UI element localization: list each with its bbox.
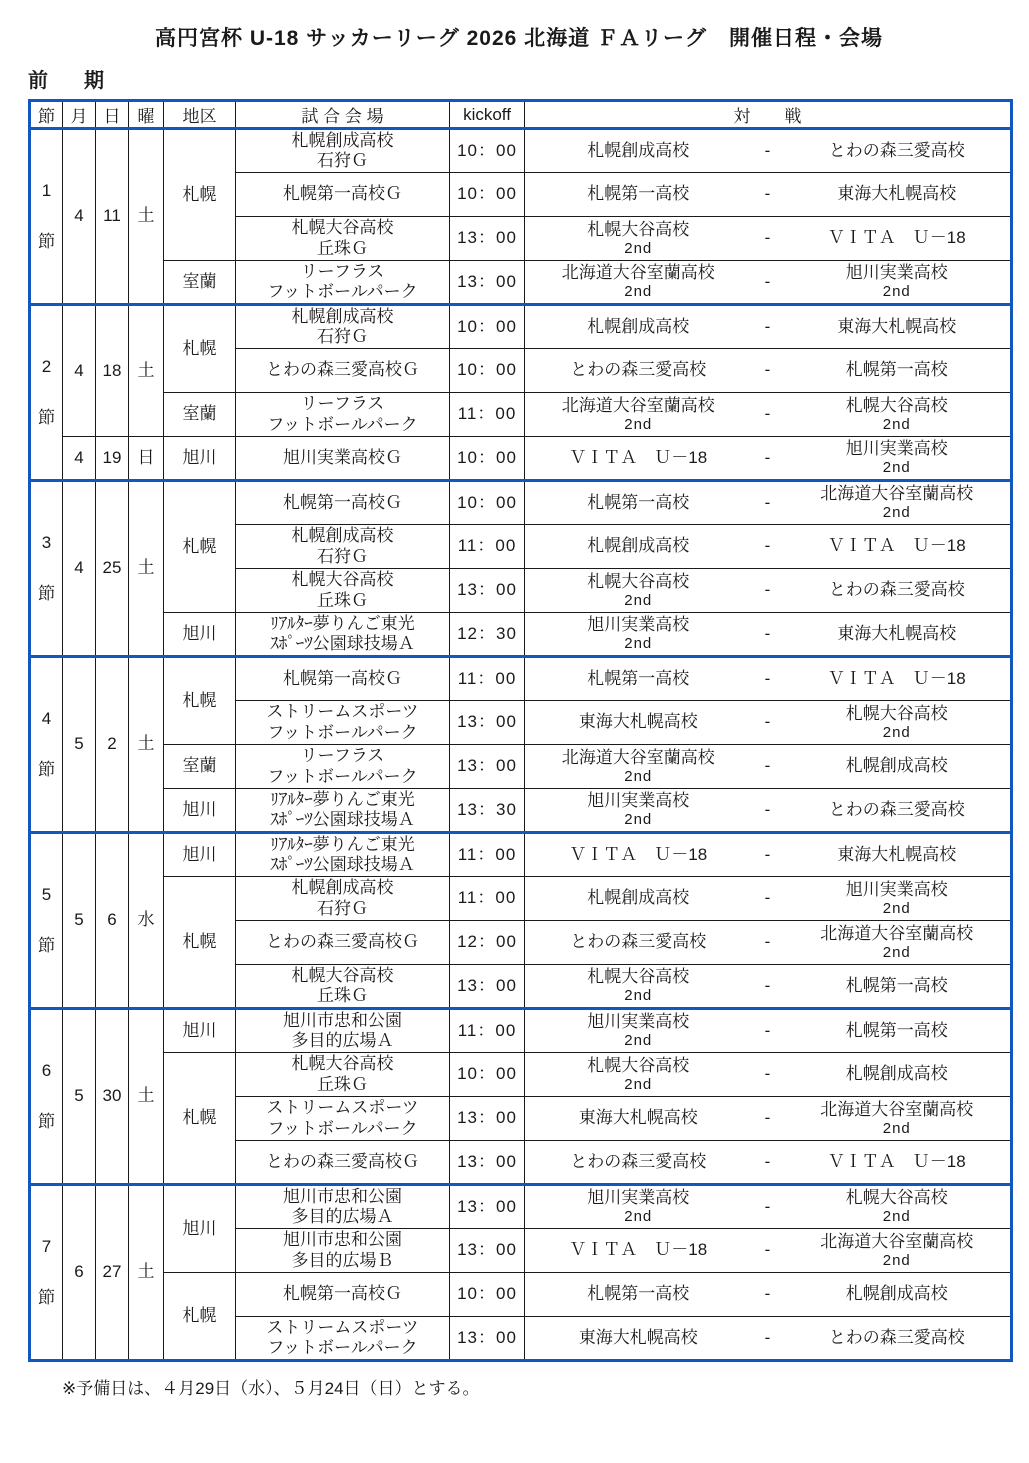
team-line: 2nd bbox=[883, 944, 911, 962]
venue-cell: とわの森三愛高校Ｇ bbox=[236, 1141, 450, 1185]
team-line: 東海大札幌高校 bbox=[837, 184, 956, 204]
match-cell: 札幌第一高校-東海大札幌高校 bbox=[525, 173, 1012, 217]
team-line: 旭川実業高校 bbox=[587, 791, 689, 811]
matchup: 札幌創成高校-とわの森三愛高校 bbox=[527, 141, 1008, 161]
venue-line: とわの森三愛高校Ｇ bbox=[238, 360, 447, 380]
district-cell: 札幌 bbox=[164, 1053, 236, 1185]
page-title: 高円宮杯 U-18 サッカーリーグ 2026 北海道 ＦＡリーグ 開催日程・会場 bbox=[28, 22, 1010, 52]
match-cell: 旭川実業高校2nd-札幌大谷高校2nd bbox=[525, 1185, 1012, 1229]
matchup: 旭川実業高校2nd-とわの森三愛高校 bbox=[527, 791, 1008, 829]
district-cell: 旭川 bbox=[164, 1185, 236, 1273]
team-line: 2nd bbox=[883, 416, 911, 434]
matchup: 旭川実業高校2nd-札幌第一高校 bbox=[527, 1012, 1008, 1050]
venue-cell: ストリームスポーツフットボールパーク bbox=[236, 1317, 450, 1361]
vs-dash: - bbox=[750, 317, 786, 337]
kickoff-time: 13：30 bbox=[450, 789, 525, 833]
matchup: 札幌第一高校-北海道大谷室蘭高校2nd bbox=[527, 484, 1008, 522]
venue-line: 多目的広場Ａ bbox=[238, 1031, 447, 1051]
kickoff-time: 11：00 bbox=[450, 833, 525, 877]
weekday-cell: 日 bbox=[129, 437, 164, 481]
team-line: 札幌大谷高校 bbox=[587, 967, 689, 987]
match-row: 5節56水旭川ﾘｱﾙﾀｰ夢りんご東光ｽﾎﾟｰﾂ公園球技場Ａ11：00ＶＩＴＡ Ｕ… bbox=[30, 833, 1012, 877]
match-cell: 札幌大谷高校2nd-札幌第一高校 bbox=[525, 965, 1012, 1009]
team-line: ＶＩＴＡ Ｕ－18 bbox=[828, 228, 966, 248]
round-stack: 4節 bbox=[33, 709, 60, 779]
home-team: 札幌第一高校 bbox=[527, 669, 750, 689]
district-cell: 室蘭 bbox=[164, 261, 236, 305]
venue-line: 札幌第一高校Ｇ bbox=[238, 493, 447, 513]
day-cell: 25 bbox=[96, 481, 129, 657]
match-cell: 旭川実業高校2nd-札幌第一高校 bbox=[525, 1009, 1012, 1053]
matchup: 北海道大谷室蘭高校2nd-札幌大谷高校2nd bbox=[527, 396, 1008, 434]
vs-dash: - bbox=[750, 669, 786, 689]
home-team: 札幌第一高校 bbox=[527, 1284, 750, 1304]
venue-line: 札幌大谷高校 bbox=[238, 966, 447, 986]
home-team: 札幌創成高校 bbox=[527, 536, 750, 556]
matchup: 札幌創成高校-旭川実業高校2nd bbox=[527, 880, 1008, 918]
team-line: 旭川実業高校 bbox=[846, 439, 948, 459]
team-line: ＶＩＴＡ Ｕ－18 bbox=[828, 1152, 966, 1172]
away-team: 旭川実業高校2nd bbox=[786, 880, 1009, 918]
venue-line: 旭川実業高校Ｇ bbox=[238, 448, 447, 468]
venue-line: フットボールパーク bbox=[238, 1119, 447, 1139]
team-line: 札幌第一高校 bbox=[846, 1021, 948, 1041]
away-team: 札幌大谷高校2nd bbox=[786, 704, 1009, 742]
venue-line: ﾘｱﾙﾀｰ夢りんご東光 bbox=[238, 614, 447, 634]
team-line: 旭川実業高校 bbox=[846, 263, 948, 283]
matchup: 札幌創成高校-ＶＩＴＡ Ｕ－18 bbox=[527, 536, 1008, 556]
venue-cell: 札幌創成高校石狩Ｇ bbox=[236, 525, 450, 569]
matchup: 北海道大谷室蘭高校2nd-旭川実業高校2nd bbox=[527, 263, 1008, 301]
venue-line: 石狩Ｇ bbox=[238, 547, 447, 567]
venue-line: とわの森三愛高校Ｇ bbox=[238, 932, 447, 952]
venue-cell: 札幌創成高校石狩Ｇ bbox=[236, 305, 450, 349]
match-cell: 北海道大谷室蘭高校2nd-旭川実業高校2nd bbox=[525, 261, 1012, 305]
team-line: 2nd bbox=[883, 900, 911, 918]
venue-cell: リーフラスフットボールパーク bbox=[236, 745, 450, 789]
col-header-weekday: 曜 bbox=[129, 101, 164, 129]
match-cell: 札幌大谷高校2nd-札幌創成高校 bbox=[525, 1053, 1012, 1097]
home-team: とわの森三愛高校 bbox=[527, 360, 750, 380]
match-row: 札幌札幌第一高校Ｇ10：00札幌第一高校-札幌創成高校 bbox=[30, 1273, 1012, 1317]
venue-cell: 札幌第一高校Ｇ bbox=[236, 481, 450, 525]
round-5-block: 5節56水旭川ﾘｱﾙﾀｰ夢りんご東光ｽﾎﾟｰﾂ公園球技場Ａ11：00ＶＩＴＡ Ｕ… bbox=[28, 831, 1013, 1010]
vs-dash: - bbox=[750, 141, 786, 161]
away-team: とわの森三愛高校 bbox=[786, 580, 1009, 600]
away-team: ＶＩＴＡ Ｕ－18 bbox=[786, 669, 1009, 689]
away-team: とわの森三愛高校 bbox=[786, 1328, 1009, 1348]
venue-cell: ﾘｱﾙﾀｰ夢りんご東光ｽﾎﾟｰﾂ公園球技場Ａ bbox=[236, 789, 450, 833]
team-line: 北海道大谷室蘭高校 bbox=[562, 396, 715, 416]
kickoff-time: 13：00 bbox=[450, 745, 525, 789]
match-cell: 旭川実業高校2nd-とわの森三愛高校 bbox=[525, 789, 1012, 833]
kickoff-time: 13：00 bbox=[450, 965, 525, 1009]
away-team: ＶＩＴＡ Ｕ－18 bbox=[786, 536, 1009, 556]
vs-dash: - bbox=[750, 1064, 786, 1084]
team-line: ＶＩＴＡ Ｕ－18 bbox=[569, 845, 707, 865]
team-line: 北海道大谷室蘭高校 bbox=[562, 263, 715, 283]
team-line: 2nd bbox=[883, 724, 911, 742]
team-line: 札幌大谷高校 bbox=[587, 1056, 689, 1076]
vs-dash: - bbox=[750, 1284, 786, 1304]
match-row: 2節418土札幌札幌創成高校石狩Ｇ10：00札幌創成高校-東海大札幌高校 bbox=[30, 305, 1012, 349]
col-header-match: 対 戦 bbox=[525, 101, 1012, 129]
venue-line: 丘珠Ｇ bbox=[238, 239, 447, 259]
match-cell: ＶＩＴＡ Ｕ－18-東海大札幌高校 bbox=[525, 833, 1012, 877]
vs-dash: - bbox=[750, 1328, 786, 1348]
round-cell: 3節 bbox=[30, 481, 63, 657]
col-header-round: 節 bbox=[30, 101, 63, 129]
kickoff-time: 13：00 bbox=[450, 701, 525, 745]
team-line: 北海道大谷室蘭高校 bbox=[562, 748, 715, 768]
venue-line: 札幌第一高校Ｇ bbox=[238, 1284, 447, 1304]
matchup: 東海大札幌高校-とわの森三愛高校 bbox=[527, 1328, 1008, 1348]
away-team: とわの森三愛高校 bbox=[786, 800, 1009, 820]
venue-line: 札幌創成高校 bbox=[238, 131, 447, 151]
venue-line: 丘珠Ｇ bbox=[238, 986, 447, 1006]
col-header-month: 月 bbox=[63, 101, 96, 129]
team-line: ＶＩＴＡ Ｕ－18 bbox=[569, 1240, 707, 1260]
home-team: 札幌創成高校 bbox=[527, 317, 750, 337]
round-6-block: 6節530土旭川旭川市忠和公園多目的広場Ａ11：00旭川実業高校2nd-札幌第一… bbox=[28, 1007, 1013, 1186]
match-cell: とわの森三愛高校-ＶＩＴＡ Ｕ－18 bbox=[525, 1141, 1012, 1185]
team-line: 札幌第一高校 bbox=[587, 493, 689, 513]
team-line: 2nd bbox=[883, 504, 911, 522]
district-cell: 旭川 bbox=[164, 1009, 236, 1053]
kickoff-time: 13：00 bbox=[450, 1317, 525, 1361]
round-number: 3 bbox=[42, 533, 51, 553]
venue-line: フットボールパーク bbox=[238, 723, 447, 743]
kickoff-time: 11：00 bbox=[450, 1009, 525, 1053]
round-2-block: 2節418土札幌札幌創成高校石狩Ｇ10：00札幌創成高校-東海大札幌高校とわの森… bbox=[28, 303, 1013, 482]
match-row: 札幌札幌大谷高校丘珠Ｇ10：00札幌大谷高校2nd-札幌創成高校 bbox=[30, 1053, 1012, 1097]
venue-cell: とわの森三愛高校Ｇ bbox=[236, 921, 450, 965]
team-line: とわの森三愛高校 bbox=[829, 1328, 965, 1348]
vs-dash: - bbox=[750, 360, 786, 380]
weekday-cell: 土 bbox=[129, 1009, 164, 1185]
match-cell: 東海大札幌高校-札幌大谷高校2nd bbox=[525, 701, 1012, 745]
round-4-block: 4節52土札幌札幌第一高校Ｇ11：00札幌第一高校-ＶＩＴＡ Ｕ－18ストリーム… bbox=[28, 655, 1013, 834]
vs-dash: - bbox=[750, 756, 786, 776]
team-line: 2nd bbox=[624, 1208, 652, 1226]
day-cell: 11 bbox=[96, 129, 129, 305]
match-row: 室蘭リーフラスフットボールパーク13：00北海道大谷室蘭高校2nd-札幌創成高校 bbox=[30, 745, 1012, 789]
district-cell: 旭川 bbox=[164, 437, 236, 481]
vs-dash: - bbox=[750, 536, 786, 556]
kickoff-time: 10：00 bbox=[450, 1053, 525, 1097]
venue-line: ｽﾎﾟｰﾂ公園球技場Ａ bbox=[238, 810, 447, 830]
team-line: 札幌大谷高校 bbox=[846, 1188, 948, 1208]
matchup: 北海道大谷室蘭高校2nd-札幌創成高校 bbox=[527, 748, 1008, 786]
home-team: とわの森三愛高校 bbox=[527, 932, 750, 952]
district-cell: 旭川 bbox=[164, 833, 236, 877]
round-label: 節 bbox=[38, 760, 55, 780]
vs-dash: - bbox=[750, 845, 786, 865]
team-line: ＶＩＴＡ Ｕ－18 bbox=[569, 448, 707, 468]
venue-line: ﾘｱﾙﾀｰ夢りんご東光 bbox=[238, 835, 447, 855]
home-team: 旭川実業高校2nd bbox=[527, 615, 750, 653]
round-cell: 4節 bbox=[30, 657, 63, 833]
away-team: 旭川実業高校2nd bbox=[786, 439, 1009, 477]
away-team: 東海大札幌高校 bbox=[786, 184, 1009, 204]
match-row: 3節425土札幌札幌第一高校Ｇ10：00札幌第一高校-北海道大谷室蘭高校2nd bbox=[30, 481, 1012, 525]
page: 高円宮杯 U-18 サッカーリーグ 2026 北海道 ＦＡリーグ 開催日程・会場… bbox=[0, 0, 1029, 1399]
weekday-cell: 土 bbox=[129, 305, 164, 437]
venue-line: 札幌大谷高校 bbox=[238, 1054, 447, 1074]
matchup: 東海大札幌高校-札幌大谷高校2nd bbox=[527, 704, 1008, 742]
vs-dash: - bbox=[750, 184, 786, 204]
team-line: 2nd bbox=[624, 987, 652, 1005]
match-cell: 札幌創成高校-ＶＩＴＡ Ｕ－18 bbox=[525, 525, 1012, 569]
venue-cell: リーフラスフットボールパーク bbox=[236, 393, 450, 437]
round-1-block: 1節411土札幌札幌創成高校石狩Ｇ10：00札幌創成高校-とわの森三愛高校札幌第… bbox=[28, 127, 1013, 306]
match-row: 4節52土札幌札幌第一高校Ｇ11：00札幌第一高校-ＶＩＴＡ Ｕ－18 bbox=[30, 657, 1012, 701]
kickoff-time: 13：00 bbox=[450, 261, 525, 305]
kickoff-time: 11：00 bbox=[450, 657, 525, 701]
team-line: 2nd bbox=[624, 240, 652, 258]
matchup: 東海大札幌高校-北海道大谷室蘭高校2nd bbox=[527, 1100, 1008, 1138]
away-team: 北海道大谷室蘭高校2nd bbox=[786, 484, 1009, 522]
team-line: とわの森三愛高校 bbox=[829, 141, 965, 161]
team-line: 2nd bbox=[624, 1032, 652, 1050]
weekday-cell: 土 bbox=[129, 657, 164, 833]
team-line: ＶＩＴＡ Ｕ－18 bbox=[828, 536, 966, 556]
venue-line: 旭川市忠和公園 bbox=[238, 1187, 447, 1207]
day-cell: 6 bbox=[96, 833, 129, 1009]
round-number: 1 bbox=[42, 181, 51, 201]
venue-line: 札幌大谷高校 bbox=[238, 570, 447, 590]
vs-dash: - bbox=[750, 580, 786, 600]
day-cell: 2 bbox=[96, 657, 129, 833]
venue-cell: 札幌大谷高校丘珠Ｇ bbox=[236, 1053, 450, 1097]
away-team: 東海大札幌高校 bbox=[786, 317, 1009, 337]
match-cell: ＶＩＴＡ Ｕ－18-北海道大谷室蘭高校2nd bbox=[525, 1229, 1012, 1273]
team-line: 札幌第一高校 bbox=[587, 184, 689, 204]
round-label: 節 bbox=[38, 1112, 55, 1132]
team-line: 東海大札幌高校 bbox=[579, 1108, 698, 1128]
matchup: ＶＩＴＡ Ｕ－18-北海道大谷室蘭高校2nd bbox=[527, 1232, 1008, 1270]
col-header-venue: 試 合 会 場 bbox=[236, 101, 450, 129]
team-line: 札幌第一高校 bbox=[846, 360, 948, 380]
matchup: とわの森三愛高校-北海道大谷室蘭高校2nd bbox=[527, 924, 1008, 962]
home-team: とわの森三愛高校 bbox=[527, 1152, 750, 1172]
vs-dash: - bbox=[750, 404, 786, 424]
venue-line: 丘珠Ｇ bbox=[238, 1075, 447, 1095]
team-line: 北海道大谷室蘭高校 bbox=[820, 484, 973, 504]
home-team: 札幌創成高校 bbox=[527, 888, 750, 908]
match-cell: 東海大札幌高校-とわの森三愛高校 bbox=[525, 1317, 1012, 1361]
venue-line: 札幌第一高校Ｇ bbox=[238, 669, 447, 689]
round-number: 2 bbox=[42, 357, 51, 377]
venue-cell: 札幌第一高校Ｇ bbox=[236, 657, 450, 701]
venue-cell: 旭川実業高校Ｇ bbox=[236, 437, 450, 481]
kickoff-time: 13：00 bbox=[450, 1185, 525, 1229]
team-line: 2nd bbox=[624, 283, 652, 301]
match-row: 札幌札幌創成高校石狩Ｇ11：00札幌創成高校-旭川実業高校2nd bbox=[30, 877, 1012, 921]
venue-line: リーフラス bbox=[238, 394, 447, 414]
round-7-block: 7節627土旭川旭川市忠和公園多目的広場Ａ13：00旭川実業高校2nd-札幌大谷… bbox=[28, 1183, 1013, 1362]
vs-dash: - bbox=[750, 272, 786, 292]
team-line: 北海道大谷室蘭高校 bbox=[820, 1100, 973, 1120]
venue-line: 多目的広場Ｂ bbox=[238, 1251, 447, 1271]
venue-line: とわの森三愛高校Ｇ bbox=[238, 1152, 447, 1172]
vs-dash: - bbox=[750, 1021, 786, 1041]
round-cell: 5節 bbox=[30, 833, 63, 1009]
match-row: 419日旭川旭川実業高校Ｇ10：00ＶＩＴＡ Ｕ－18-旭川実業高校2nd bbox=[30, 437, 1012, 481]
venue-line: 石狩Ｇ bbox=[238, 151, 447, 171]
home-team: ＶＩＴＡ Ｕ－18 bbox=[527, 448, 750, 468]
kickoff-time: 10：00 bbox=[450, 481, 525, 525]
col-header-district: 地区 bbox=[164, 101, 236, 129]
venue-cell: ﾘｱﾙﾀｰ夢りんご東光ｽﾎﾟｰﾂ公園球技場Ａ bbox=[236, 613, 450, 657]
venue-cell: 札幌大谷高校丘珠Ｇ bbox=[236, 965, 450, 1009]
team-line: 北海道大谷室蘭高校 bbox=[820, 1232, 973, 1252]
home-team: 札幌第一高校 bbox=[527, 184, 750, 204]
away-team: 北海道大谷室蘭高校2nd bbox=[786, 1232, 1009, 1270]
col-header-kickoff: kickoff bbox=[450, 101, 525, 129]
match-row: 室蘭リーフラスフットボールパーク13：00北海道大谷室蘭高校2nd-旭川実業高校… bbox=[30, 261, 1012, 305]
district-cell: 旭川 bbox=[164, 613, 236, 657]
match-cell: 札幌創成高校-東海大札幌高校 bbox=[525, 305, 1012, 349]
away-team: 札幌第一高校 bbox=[786, 1021, 1009, 1041]
away-team: 札幌第一高校 bbox=[786, 976, 1009, 996]
district-cell: 旭川 bbox=[164, 789, 236, 833]
team-line: 札幌第一高校 bbox=[587, 1284, 689, 1304]
matchup: とわの森三愛高校-ＶＩＴＡ Ｕ－18 bbox=[527, 1152, 1008, 1172]
team-line: 2nd bbox=[624, 811, 652, 829]
team-line: 東海大札幌高校 bbox=[837, 845, 956, 865]
venue-cell: 札幌創成高校石狩Ｇ bbox=[236, 877, 450, 921]
team-line: 2nd bbox=[883, 1120, 911, 1138]
venue-line: ストリームスポーツ bbox=[238, 1098, 447, 1118]
match-row: 7節627土旭川旭川市忠和公園多目的広場Ａ13：00旭川実業高校2nd-札幌大谷… bbox=[30, 1185, 1012, 1229]
match-cell: 札幌大谷高校2nd-とわの森三愛高校 bbox=[525, 569, 1012, 613]
match-cell: 札幌第一高校-北海道大谷室蘭高校2nd bbox=[525, 481, 1012, 525]
venue-line: ｽﾎﾟｰﾂ公園球技場Ａ bbox=[238, 634, 447, 654]
round-cell: 2節 bbox=[30, 305, 63, 481]
away-team: 札幌大谷高校2nd bbox=[786, 396, 1009, 434]
home-team: 東海大札幌高校 bbox=[527, 712, 750, 732]
away-team: 札幌第一高校 bbox=[786, 360, 1009, 380]
weekday-cell: 土 bbox=[129, 129, 164, 305]
round-cell: 1節 bbox=[30, 129, 63, 305]
kickoff-time: 12：00 bbox=[450, 921, 525, 965]
matchup: 札幌創成高校-東海大札幌高校 bbox=[527, 317, 1008, 337]
match-cell: 札幌創成高校-旭川実業高校2nd bbox=[525, 877, 1012, 921]
weekday-cell: 土 bbox=[129, 1185, 164, 1361]
day-cell: 27 bbox=[96, 1185, 129, 1361]
district-cell: 札幌 bbox=[164, 657, 236, 745]
team-line: 札幌大谷高校 bbox=[846, 396, 948, 416]
venue-cell: 旭川市忠和公園多目的広場Ａ bbox=[236, 1009, 450, 1053]
venue-line: 丘珠Ｇ bbox=[238, 591, 447, 611]
team-line: 旭川実業高校 bbox=[587, 1188, 689, 1208]
kickoff-time: 10：00 bbox=[450, 173, 525, 217]
venue-line: 石狩Ｇ bbox=[238, 327, 447, 347]
round-label: 節 bbox=[38, 232, 55, 252]
away-team: とわの森三愛高校 bbox=[786, 141, 1009, 161]
vs-dash: - bbox=[750, 448, 786, 468]
round-stack: 3節 bbox=[33, 533, 60, 603]
away-team: 札幌創成高校 bbox=[786, 756, 1009, 776]
match-cell: 北海道大谷室蘭高校2nd-札幌創成高校 bbox=[525, 745, 1012, 789]
venue-cell: ﾘｱﾙﾀｰ夢りんご東光ｽﾎﾟｰﾂ公園球技場Ａ bbox=[236, 833, 450, 877]
kickoff-time: 10：00 bbox=[450, 349, 525, 393]
vs-dash: - bbox=[750, 932, 786, 952]
team-line: 札幌創成高校 bbox=[587, 317, 689, 337]
team-line: 旭川実業高校 bbox=[587, 615, 689, 635]
round-3-block: 3節425土札幌札幌第一高校Ｇ10：00札幌第一高校-北海道大谷室蘭高校2nd札… bbox=[28, 479, 1013, 658]
district-cell: 室蘭 bbox=[164, 745, 236, 789]
round-cell: 6節 bbox=[30, 1009, 63, 1185]
venue-line: 札幌創成高校 bbox=[238, 307, 447, 327]
venue-line: 札幌創成高校 bbox=[238, 526, 447, 546]
team-line: 2nd bbox=[883, 459, 911, 477]
team-line: 東海大札幌高校 bbox=[837, 624, 956, 644]
away-team: 札幌創成高校 bbox=[786, 1284, 1009, 1304]
venue-line: リーフラス bbox=[238, 746, 447, 766]
team-line: とわの森三愛高校 bbox=[570, 1152, 706, 1172]
vs-dash: - bbox=[750, 1197, 786, 1217]
venue-line: 旭川市忠和公園 bbox=[238, 1011, 447, 1031]
round-cell: 7節 bbox=[30, 1185, 63, 1361]
venue-line: 石狩Ｇ bbox=[238, 899, 447, 919]
away-team: 北海道大谷室蘭高校2nd bbox=[786, 924, 1009, 962]
venue-cell: ストリームスポーツフットボールパーク bbox=[236, 701, 450, 745]
home-team: 北海道大谷室蘭高校2nd bbox=[527, 263, 750, 301]
district-cell: 札幌 bbox=[164, 305, 236, 393]
vs-dash: - bbox=[750, 1108, 786, 1128]
vs-dash: - bbox=[750, 1152, 786, 1172]
round-label: 節 bbox=[38, 408, 55, 428]
month-cell: 4 bbox=[63, 437, 96, 481]
kickoff-time: 13：00 bbox=[450, 1229, 525, 1273]
vs-dash: - bbox=[750, 712, 786, 732]
match-cell: 札幌第一高校-札幌創成高校 bbox=[525, 1273, 1012, 1317]
team-line: 旭川実業高校 bbox=[846, 880, 948, 900]
vs-dash: - bbox=[750, 888, 786, 908]
kickoff-time: 10：00 bbox=[450, 1273, 525, 1317]
team-line: ＶＩＴＡ Ｕ－18 bbox=[828, 669, 966, 689]
team-line: 札幌創成高校 bbox=[587, 888, 689, 908]
home-team: 札幌創成高校 bbox=[527, 141, 750, 161]
venue-line: ストリームスポーツ bbox=[238, 702, 447, 722]
month-cell: 4 bbox=[63, 129, 96, 305]
team-line: 2nd bbox=[624, 416, 652, 434]
match-row: 6節530土旭川旭川市忠和公園多目的広場Ａ11：00旭川実業高校2nd-札幌第一… bbox=[30, 1009, 1012, 1053]
district-cell: 札幌 bbox=[164, 481, 236, 613]
day-cell: 19 bbox=[96, 437, 129, 481]
kickoff-time: 11：00 bbox=[450, 393, 525, 437]
matchup: 旭川実業高校2nd-東海大札幌高校 bbox=[527, 615, 1008, 653]
team-line: 札幌創成高校 bbox=[846, 756, 948, 776]
vs-dash: - bbox=[750, 1240, 786, 1260]
venue-line: 札幌創成高校 bbox=[238, 878, 447, 898]
round-label: 節 bbox=[38, 1288, 55, 1308]
district-cell: 札幌 bbox=[164, 1273, 236, 1361]
venue-line: フットボールパーク bbox=[238, 1338, 447, 1358]
home-team: 東海大札幌高校 bbox=[527, 1108, 750, 1128]
home-team: 札幌大谷高校2nd bbox=[527, 967, 750, 1005]
team-line: 2nd bbox=[883, 1252, 911, 1270]
round-label: 節 bbox=[38, 936, 55, 956]
round-number: 7 bbox=[42, 1237, 51, 1257]
round-stack: 6節 bbox=[33, 1061, 60, 1131]
day-cell: 30 bbox=[96, 1009, 129, 1185]
match-row: 1節411土札幌札幌創成高校石狩Ｇ10：00札幌創成高校-とわの森三愛高校 bbox=[30, 129, 1012, 173]
district-cell: 札幌 bbox=[164, 129, 236, 261]
venue-cell: 札幌第一高校Ｇ bbox=[236, 1273, 450, 1317]
